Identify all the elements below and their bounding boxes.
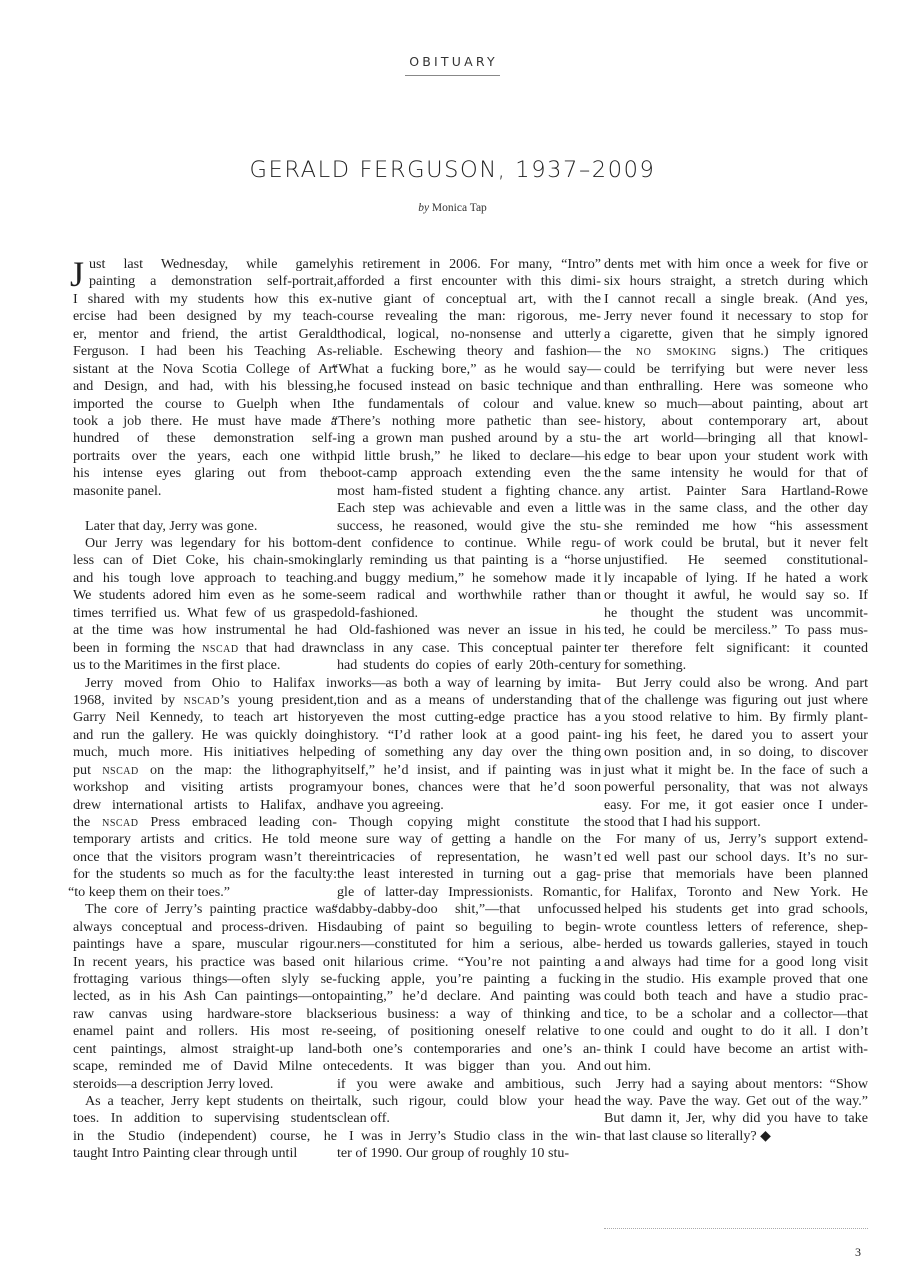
byline-prefix: by <box>418 202 429 214</box>
text-line: prise that memorials have been planned <box>604 866 868 883</box>
text-line: the least interested in turning out a ga… <box>337 866 601 883</box>
text-line: or thought it awful, he would say so. If <box>604 587 868 604</box>
text-line: history, about contemporary art, about <box>604 413 868 430</box>
text-line: it hilarious crime. “You’re not painting… <box>337 954 601 971</box>
text-line: Jerry had a saying about mentors: “Show <box>604 1076 868 1093</box>
text-line: boot-camp approach extending even the <box>337 465 601 482</box>
text-line: out him. <box>604 1058 868 1075</box>
section-label: OBITUARY <box>0 54 905 76</box>
byline: by Monica Tap <box>0 202 905 214</box>
text-line: ing of something any day over the thing <box>337 744 601 761</box>
text-line: I shared with my students how this ex- <box>73 291 337 308</box>
text-line: old-fashioned. <box>337 605 601 622</box>
text-line: workshop and visiting artists program <box>73 779 337 796</box>
text-line: ing a grown man pushed around by a stu- <box>337 430 601 447</box>
text-line: have you agreeing. <box>337 797 601 814</box>
text-line: powerful personality, that was not alway… <box>604 779 868 796</box>
text-line: in the studio. His example proved that o… <box>604 971 868 988</box>
text-line: ly incapable of lying. If he hated a wor… <box>604 570 868 587</box>
text-line: a cigarette, given that he simply ignore… <box>604 326 868 343</box>
text-line: the way. Pave the way. Get out of the wa… <box>604 1093 868 1110</box>
text-line: you stood relative to him. By firmly pla… <box>604 709 868 726</box>
text-line: enamel paint and rollers. His most re- <box>73 1023 337 1040</box>
text-line: for Halifax, Toronto and New York. He <box>604 884 868 901</box>
text-line: wrote countless letters of reference, sh… <box>604 919 868 936</box>
text-line: success, he reasoned, would give the stu… <box>337 518 601 535</box>
text-line: portraits over the years, each one with <box>73 448 337 465</box>
text-line: your bones, chances were that he’d soon <box>337 779 601 796</box>
text-line: ners—constituted for him a serious, albe… <box>337 936 601 953</box>
text-line: In recent years, his practice was based … <box>73 954 337 971</box>
text-line: history. “I’d rather look at a good pain… <box>337 727 601 744</box>
text-line: ted, he could be merciless.” To pass mus… <box>604 622 868 639</box>
text-line: ed well past our school days. It’s no su… <box>604 849 868 866</box>
text-line: er, mentor and friend, the artist Gerald <box>73 326 337 343</box>
small-caps-text: NSCAD <box>102 814 138 830</box>
text-line: the NSCAD Press embraced leading con- <box>73 814 337 831</box>
text-line: lected, as in his Ash Can paintings—onto <box>73 988 337 1005</box>
text-line: at the time was how instrumental he had <box>73 622 337 639</box>
text-line: ing his feet, he dared you to assert you… <box>604 727 868 744</box>
text-line: course revealing the man: rigorous, me- <box>337 308 601 325</box>
text-line: put NSCAD on the map: the lithography <box>73 762 337 779</box>
text-line: Ferguson. I had been his Teaching As- <box>73 343 337 360</box>
text-line: frottaging various things—often slyly se… <box>73 971 337 988</box>
text-line: “dabby-dabby-doo shit,”—that unfocussed <box>332 901 601 918</box>
text-line: Though copying might constitute the <box>337 814 601 831</box>
text-line: any artist. Painter Sara Hartland-Rowe <box>604 483 868 500</box>
text-line: imported the course to Guelph when I <box>73 396 337 413</box>
text-line: afforded a first encounter with this dim… <box>337 273 601 290</box>
text-line: seeing, of positioning oneself relative … <box>337 1023 601 1040</box>
text-line: We students adored him even as he some- <box>73 587 337 604</box>
text-line: that last clause so literally? ◆ <box>604 1128 868 1145</box>
text-line: less can of Diet Coke, his chain-smoking <box>73 552 337 569</box>
text-line: and Design, and had, with his blessing, <box>73 378 337 395</box>
text-line: reliable. Eschewing theory and fashion— <box>337 343 601 360</box>
text-line: Garry Neil Kennedy, to teach art history <box>73 709 337 726</box>
text-line: scape, reminded me of David Milne on <box>73 1058 337 1075</box>
text-line: Later that day, Jerry was gone. <box>73 518 337 535</box>
text-line: most ham-fisted student a fighting chanc… <box>337 483 601 500</box>
text-line: easy. For me, it got easier once I under… <box>604 797 868 814</box>
text-line: dent confidence to continue. While regu- <box>337 535 601 552</box>
text-line: in the Studio (independent) course, he <box>73 1128 337 1145</box>
text-line: hundred of these demonstration self- <box>73 430 337 447</box>
text-line: gle of latter-day Impressionists. Romant… <box>337 884 601 901</box>
text-line: cent paintings, almost straight-up land- <box>73 1041 337 1058</box>
paragraph-gap <box>73 500 337 517</box>
text-line: she reminded me how “his assessment <box>604 518 868 535</box>
text-line: thodical, logical, no-nonsense and utter… <box>337 326 601 343</box>
text-line: As a teacher, Jerry kept students on the… <box>73 1093 337 1110</box>
text-line: for the students so much as for the facu… <box>73 866 337 883</box>
text-line: clean off. <box>337 1110 601 1127</box>
text-line: both one’s contemporaries and one’s an- <box>337 1041 601 1058</box>
text-line: the NO SMOKING signs.) The critiques <box>604 343 868 360</box>
text-line: ust last Wednesday, while gamely <box>73 256 337 273</box>
text-line: us to the Maritimes in the first place. <box>73 657 337 674</box>
text-line: once that the visitors program wasn’t th… <box>73 849 337 866</box>
text-line: own position and, in so doing, to discov… <box>604 744 868 761</box>
text-line: unjustified. He seemed constitutional- <box>604 552 868 569</box>
text-line: the fundamentals of colour and value. <box>337 396 601 413</box>
article-column-2: his retirement in 2006. For many, “Intro… <box>337 256 601 1163</box>
small-caps-text: NO SMOKING <box>636 343 717 359</box>
text-line: class in any case. This conceptual paint… <box>337 640 601 657</box>
text-line: 1968, invited by NSCAD’s young president… <box>73 692 337 709</box>
text-line: six hours straight, a stretch during whi… <box>604 273 868 290</box>
text-line: stood that I had his support. <box>604 814 868 831</box>
text-line: for something. <box>604 657 868 674</box>
text-line: But Jerry could also be wrong. And part <box>604 675 868 692</box>
text-line: Jerry moved from Ohio to Halifax in <box>73 675 337 692</box>
text-line: Our Jerry was legendary for his bottom- <box>73 535 337 552</box>
text-line: seem radical and worthwhile rather than <box>337 587 601 604</box>
text-line: But damn it, Jer, why did you have to ta… <box>604 1110 868 1127</box>
text-line: temporary artists and critics. He told m… <box>73 831 337 848</box>
text-line: drew international artists to Halifax, a… <box>73 797 337 814</box>
text-line: times terrified us. What few of us grasp… <box>73 605 337 622</box>
text-line: works—as both a way of learning by imita… <box>337 675 601 692</box>
text-line: For many of us, Jerry’s support extend- <box>604 831 868 848</box>
article-column-1: J ust last Wednesday, while gamelypainti… <box>73 256 337 1163</box>
text-line: sistant at the Nova Scotia College of Ar… <box>73 361 337 378</box>
text-line: think I could have become an artist with… <box>604 1041 868 1058</box>
text-line: larly reminding us that painting is a “h… <box>337 552 601 569</box>
text-line: he focused instead on basic technique an… <box>337 378 601 395</box>
text-line: Old-fashioned was never an issue in his <box>337 622 601 639</box>
text-line: nutive giant of conceptual art, with the <box>337 291 601 308</box>
text-line: just what it might be. In the face of su… <box>604 762 868 779</box>
text-line: was in the same class, and the other day <box>604 500 868 517</box>
text-line: “to keep them on their toes.” <box>68 884 337 901</box>
text-line: his intense eyes glaring out from the <box>73 465 337 482</box>
text-line: paintings have a spare, muscular rigour. <box>73 936 337 953</box>
text-line: helped his students get into grad school… <box>604 901 868 918</box>
text-line: ercise had been designed by my teach- <box>73 308 337 325</box>
text-line: of the challenge was figuring out just w… <box>604 692 868 709</box>
text-line: tice, to be a scholar and a collector—th… <box>604 1006 868 1023</box>
text-line: Each step was achievable and even a litt… <box>337 500 601 517</box>
text-line: painting a demonstration self-portrait, <box>73 273 337 290</box>
text-line: and buggy medium,” he somehow made it <box>337 570 601 587</box>
text-line: intricacies of representation, he wasn’t <box>337 849 601 866</box>
text-line: been in forming the NSCAD that had drawn <box>73 640 337 657</box>
text-line: he thought the student was uncommit- <box>604 605 868 622</box>
text-line: fucking apple, you’re painting a fucking <box>337 971 601 988</box>
article-title: GERALD FERGUSON, 1937–2009 <box>0 157 905 183</box>
text-line: ter therefore felt significant: it count… <box>604 640 868 657</box>
text-line: could both teach and have a studio prac- <box>604 988 868 1005</box>
text-line: if you were awake and ambitious, such <box>337 1076 601 1093</box>
text-line: even the most cutting-edge practice has … <box>337 709 601 726</box>
article-column-3: dents met with him once a week for five … <box>604 256 868 1145</box>
text-line: pid little brush,” he liked to declare—h… <box>337 448 601 465</box>
text-line: serious business: a way of thinking and <box>337 1006 601 1023</box>
text-line: masonite panel. <box>73 483 337 500</box>
text-line: The core of Jerry’s painting practice wa… <box>73 901 337 918</box>
text-line: always conceptual and process-driven. Hi… <box>73 919 337 936</box>
text-line: “What a fucking bore,” as he would say— <box>332 361 601 378</box>
text-line: one could and ought to do it all. I don’… <box>604 1023 868 1040</box>
drop-cap: J <box>70 258 84 290</box>
text-line: his retirement in 2006. For many, “Intro… <box>337 256 601 273</box>
text-line: I was in Jerry’s Studio class in the win… <box>337 1128 601 1145</box>
text-line: taught Intro Painting clear through unti… <box>73 1145 337 1162</box>
text-line: Jerry never found it necessary to stop f… <box>604 308 868 325</box>
text-line: than enthralling. Here was someone who <box>604 378 868 395</box>
text-line: “There’s nothing more pathetic than see- <box>332 413 601 430</box>
text-line: painting,” he’d declare. And painting wa… <box>337 988 601 1005</box>
text-line: could be terrifying but were never less <box>604 361 868 378</box>
text-line: edge to bear upon your student work with <box>604 448 868 465</box>
byline-author: Monica Tap <box>432 202 487 214</box>
text-line: itself,” he’d insist, and if painting wa… <box>337 762 601 779</box>
text-line: toes. In addition to supervising student… <box>73 1110 337 1127</box>
text-line: and run the gallery. He was quickly doin… <box>73 727 337 744</box>
text-line: knew so much—about painting, about art <box>604 396 868 413</box>
text-line: steroids—a description Jerry loved. <box>73 1076 337 1093</box>
text-line: had students do copies of early 20th-cen… <box>337 657 601 674</box>
small-caps-text: NSCAD <box>202 640 238 656</box>
text-line: the art world—bringing all that knowl- <box>604 430 868 447</box>
small-caps-text: NSCAD <box>184 692 220 708</box>
text-line: and his tough love approach to teaching. <box>73 570 337 587</box>
text-line: raw canvas using hardware-store black <box>73 1006 337 1023</box>
text-line: ter of 1990. Our group of roughly 10 stu… <box>337 1145 601 1162</box>
text-line: I cannot recall a single break. (And yes… <box>604 291 868 308</box>
text-line: tecedents. It was bigger than you. And <box>337 1058 601 1075</box>
text-line: dents met with him once a week for five … <box>604 256 868 273</box>
text-line: the same intensity he would for that of <box>604 465 868 482</box>
text-line: one sure way of getting a handle on the <box>337 831 601 848</box>
text-line: and always had time for a good long visi… <box>604 954 868 971</box>
footer-dotted-rule <box>604 1228 868 1229</box>
text-line: tion and as a means of understanding tha… <box>337 692 601 709</box>
page-number: 3 <box>855 1245 861 1260</box>
text-line: daubing of paint so beguiling to begin- <box>337 919 601 936</box>
text-line: took a job there. He must have made a <box>73 413 337 430</box>
small-caps-text: NSCAD <box>102 762 138 778</box>
text-line: herded us towards galleries, stayed in t… <box>604 936 868 953</box>
text-line: much, much more. His initiatives helped <box>73 744 337 761</box>
text-line: of work could be brutal, but it never fe… <box>604 535 868 552</box>
text-line: talk, such rigour, could blow your head <box>337 1093 601 1110</box>
